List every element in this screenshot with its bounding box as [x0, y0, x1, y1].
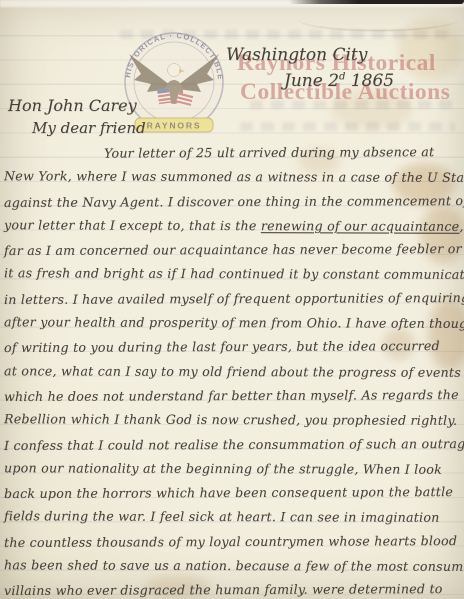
letter-line-text: villains who ever disgraced the human fa… [4, 581, 443, 598]
dateline-date-day: June 2 [284, 71, 339, 91]
torn-paper-edge [289, 0, 464, 4]
letter-line: New York, where I was summoned as a witn… [4, 164, 462, 190]
letter-line-text: Rebellion which I thank God is now crush… [4, 411, 457, 428]
recipient-line: Hon John Carey [8, 96, 137, 115]
letter-line: after your health and prosperity of men … [4, 310, 462, 336]
letter-line-text: your letter that I except to, that is th… [4, 217, 261, 233]
letter-line: your letter that I except to, that is th… [4, 213, 462, 239]
letter-line-text: New York, where I was summoned as a witn… [4, 168, 464, 185]
dateline-date-year: 1865 [345, 71, 394, 91]
dateline-date: June 2d 1865 [284, 71, 394, 91]
letter-line-text: has been shed to save us a nation. becau… [4, 557, 464, 574]
letter-line-text: , so [459, 219, 464, 234]
letter-line: against the Navy Agent. I discover one t… [4, 189, 462, 215]
seal-banner: RAYNORS [135, 118, 213, 132]
letter-line: Rebellion which I thank God is now crush… [4, 407, 462, 433]
letter-line: back upon the horrors which have been co… [4, 480, 462, 506]
letter-line: has been shed to save us a nation. becau… [4, 553, 462, 579]
underlined-phrase: renewing of our acquaintance [261, 218, 460, 234]
letter-line: I confess that I could not realise the c… [4, 432, 462, 458]
letter-line-text: after your health and prosperity of men … [4, 314, 464, 331]
letter-line: Your letter of 25 ult arrived during my … [4, 140, 462, 166]
letter-line: the countless thousands of my loyal coun… [4, 529, 462, 555]
letter-line: villains who ever disgraced the human fa… [4, 577, 462, 599]
letter-line-text: Your letter of 25 ult arrived during my … [104, 144, 434, 160]
letter-line: which he does not understand far better … [4, 383, 462, 409]
letter-line-text: of writing to you during the last four y… [4, 338, 440, 355]
letter-line: at once, what can I say to my old friend… [4, 359, 462, 385]
letter-line-text: at once, what can I say to my old friend… [4, 363, 461, 380]
letter-line-text: it as fresh and bright as if I had conti… [4, 266, 464, 283]
seal-banner-text: RAYNORS [147, 121, 202, 131]
letter-line: of writing to you during the last four y… [4, 334, 462, 360]
letter-line: it as fresh and bright as if I had conti… [4, 262, 462, 288]
letter-line: fields during the war. I feel sick at he… [4, 505, 462, 531]
letter-line-text: I confess that I could not realise the c… [4, 436, 464, 453]
letter-line: upon our nationality at the beginning of… [4, 456, 462, 482]
letter-line-text: fields during the war. I feel sick at he… [4, 509, 440, 526]
letter-line-text: far as I am concerned our acquaintance h… [4, 241, 464, 258]
letter-line: far as I am concerned our acquaintance h… [4, 237, 462, 263]
letter-line-text: against the Navy Agent. I discover one t… [4, 193, 464, 210]
letter-scan: HISTORICAL · COLLECTIBLE · AUCTIONS [0, 0, 464, 599]
letter-line-text: upon our nationality at the beginning of… [4, 460, 442, 477]
letter-line-text: which he does not understand far better … [4, 387, 459, 404]
letter-line-text: back upon the horrors which have been co… [4, 484, 453, 501]
letter-body: Your letter of 25 ult arrived during my … [4, 141, 462, 599]
letter-line-text: the countless thousands of my loyal coun… [4, 533, 457, 550]
dateline-place: Washington City [226, 45, 367, 65]
letter-line: in letters. I have availed myself of fre… [4, 286, 462, 312]
letter-line-text: in letters. I have availed myself of fre… [4, 290, 464, 307]
salutation-line: My dear friend [32, 119, 146, 137]
